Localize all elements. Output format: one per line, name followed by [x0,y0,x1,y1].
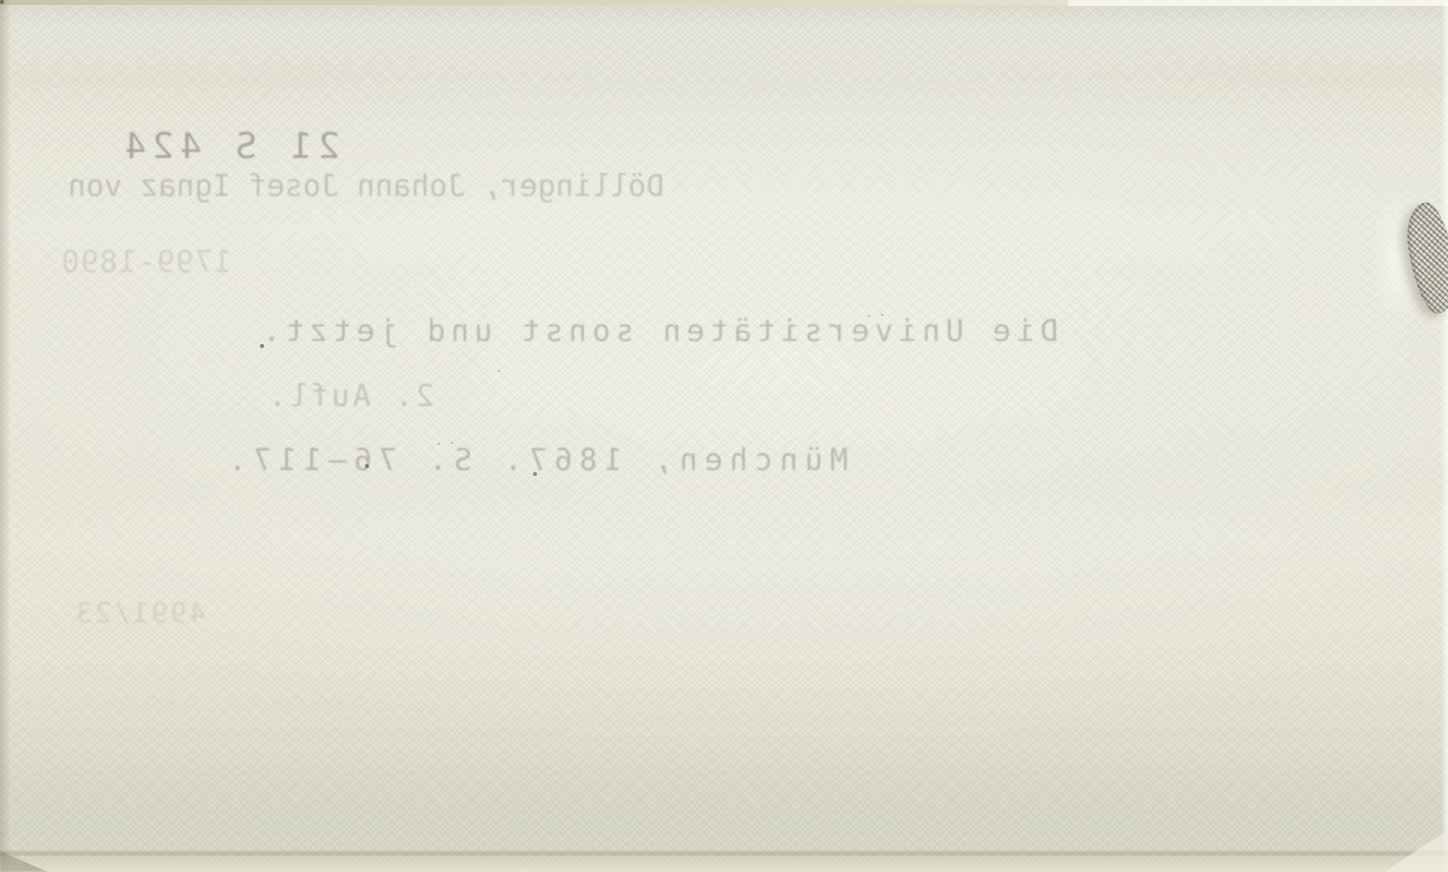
top-right-scan-edge [1068,0,1448,6]
scanned-card-verso: 21 S 424 Döllinger, Johann Josef Ignaz v… [0,0,1448,872]
bottom-crease-line [0,851,1448,856]
right-scan-edge [1441,0,1448,872]
bleedthrough-shelfmark-line: 21 S 424 [95,127,340,167]
bleedthrough-edition-line: 2. Aufl. [264,380,434,413]
bleedthrough-title-line: Die Universitäten sonst und jetzt. [258,315,1058,348]
bleedthrough-accession-line: 4991/23 [56,598,206,629]
bleedthrough-imprint-line: München, 1867. S. 76—117. [222,444,848,477]
ink-dots-and-dust-specks [0,0,4,4]
bottom-edge-strip [0,858,1448,872]
bleedthrough-author-line: Döllinger, Johann Josef Ignaz von [66,170,664,203]
left-edge-shadow [0,0,11,872]
bleedthrough-dates-line: 1799-1890 [60,246,232,279]
